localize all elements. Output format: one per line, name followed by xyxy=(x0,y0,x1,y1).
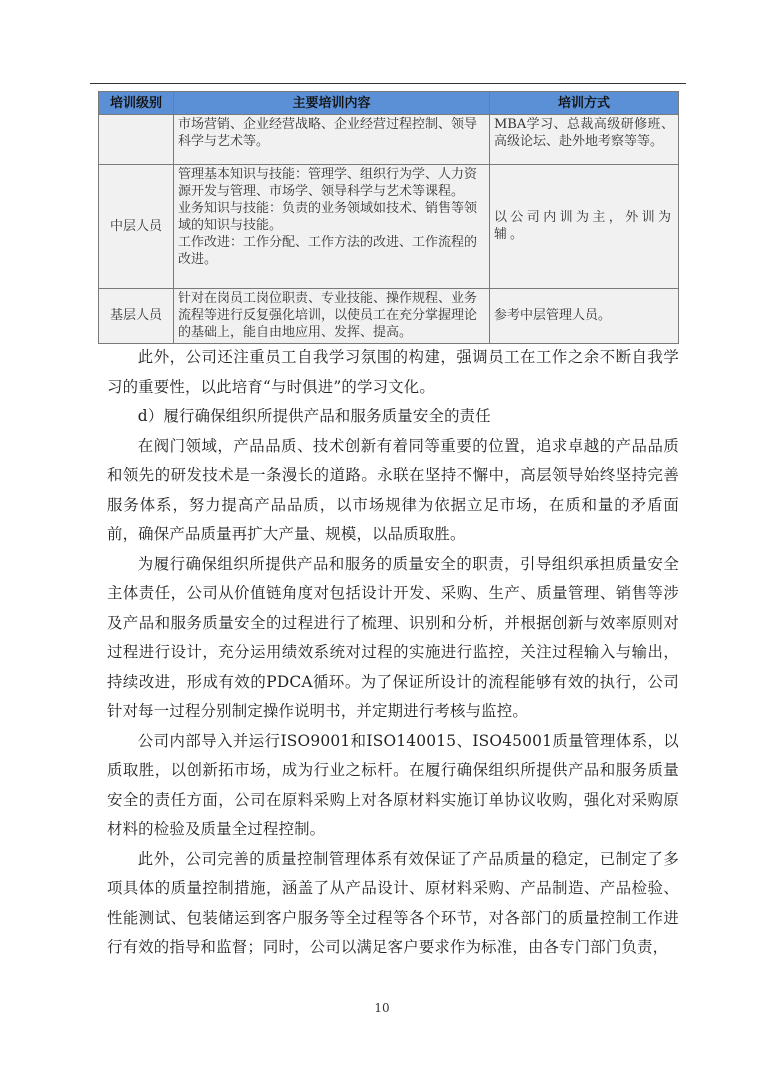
table-row: 市场营销、企业经营战略、企业经营过程控制、领导科学与艺术等。 MBA学习、总裁高… xyxy=(99,115,679,165)
content-line: 工作改进：工作分配、工作方法的改进、工作流程的改进。 xyxy=(178,234,485,268)
section-heading-d: d）履行确保组织所提供产品和服务质量安全的责任 xyxy=(107,402,679,432)
table-row: 中层人员 管理基本知识与技能：管理学、组织行为学、人力资源开发与管理、市场学、领… xyxy=(99,165,679,289)
table-row: 基层人员 针对在岗员工岗位职责、专业技能、操作规程、业务流程等进行反复强化培训，… xyxy=(99,289,679,344)
paragraph-iso-systems: 公司内部导入并运行ISO9001和ISO140015、ISO45001质量管理体… xyxy=(107,727,679,845)
paragraph-quality-responsibility: 为履行确保组织所提供产品和服务的质量安全的职责，引导组织承担质量安全主体责任，公… xyxy=(107,550,679,727)
paragraph-learning-culture: 此外，公司还注重员工自我学习氛围的构建，强调员工在工作之余不断自我学习的重要性，… xyxy=(107,343,679,402)
paragraph-product-quality: 在阀门领域，产品品质、技术创新有着同等重要的位置，追求卓越的产品品质和领先的研发… xyxy=(107,432,679,550)
content-line: 业务知识与技能：负责的业务领域如技术、销售等领域的知识与技能。 xyxy=(178,200,485,234)
cell-level xyxy=(99,115,174,165)
header-training-content: 主要培训内容 xyxy=(174,92,490,115)
header-training-method: 培训方式 xyxy=(490,92,679,115)
content-line: 针对在岗员工岗位职责、专业技能、操作规程、业务流程等进行反复强化培训，以使员工在… xyxy=(178,290,485,341)
cell-method: 参考中层管理人员。 xyxy=(490,289,679,344)
cell-level: 基层人员 xyxy=(99,289,174,344)
cell-method: 以公司内训为主，外训为辅。 xyxy=(490,165,679,289)
table-header-row: 培训级别 主要培训内容 培训方式 xyxy=(99,92,679,115)
cell-content: 针对在岗员工岗位职责、专业技能、操作规程、业务流程等进行反复强化培训，以使员工在… xyxy=(174,289,490,344)
header-rule xyxy=(90,83,686,84)
training-table: 培训级别 主要培训内容 培训方式 市场营销、企业经营战略、企业经营过程控制、领导… xyxy=(98,91,679,344)
content-line: 管理基本知识与技能：管理学、组织行为学、人力资源开发与管理、市场学、领导科学与艺… xyxy=(178,166,485,200)
page-number: 10 xyxy=(372,1001,392,1015)
cell-level: 中层人员 xyxy=(99,165,174,289)
header-training-level: 培训级别 xyxy=(99,92,174,115)
cell-method: MBA学习、总裁高级研修班、高级论坛、赴外地考察等等。 xyxy=(490,115,679,165)
cell-content: 管理基本知识与技能：管理学、组织行为学、人力资源开发与管理、市场学、领导科学与艺… xyxy=(174,165,490,289)
content-line: 市场营销、企业经营战略、企业经营过程控制、领导科学与艺术等。 xyxy=(178,116,485,150)
paragraph-quality-control: 此外，公司完善的质量控制管理体系有效保证了产品质量的稳定，已制定了多项具体的质量… xyxy=(107,845,679,963)
cell-content: 市场营销、企业经营战略、企业经营过程控制、领导科学与艺术等。 xyxy=(174,115,490,165)
body-text: 此外，公司还注重员工自我学习氛围的构建，强调员工在工作之余不断自我学习的重要性，… xyxy=(107,343,679,963)
